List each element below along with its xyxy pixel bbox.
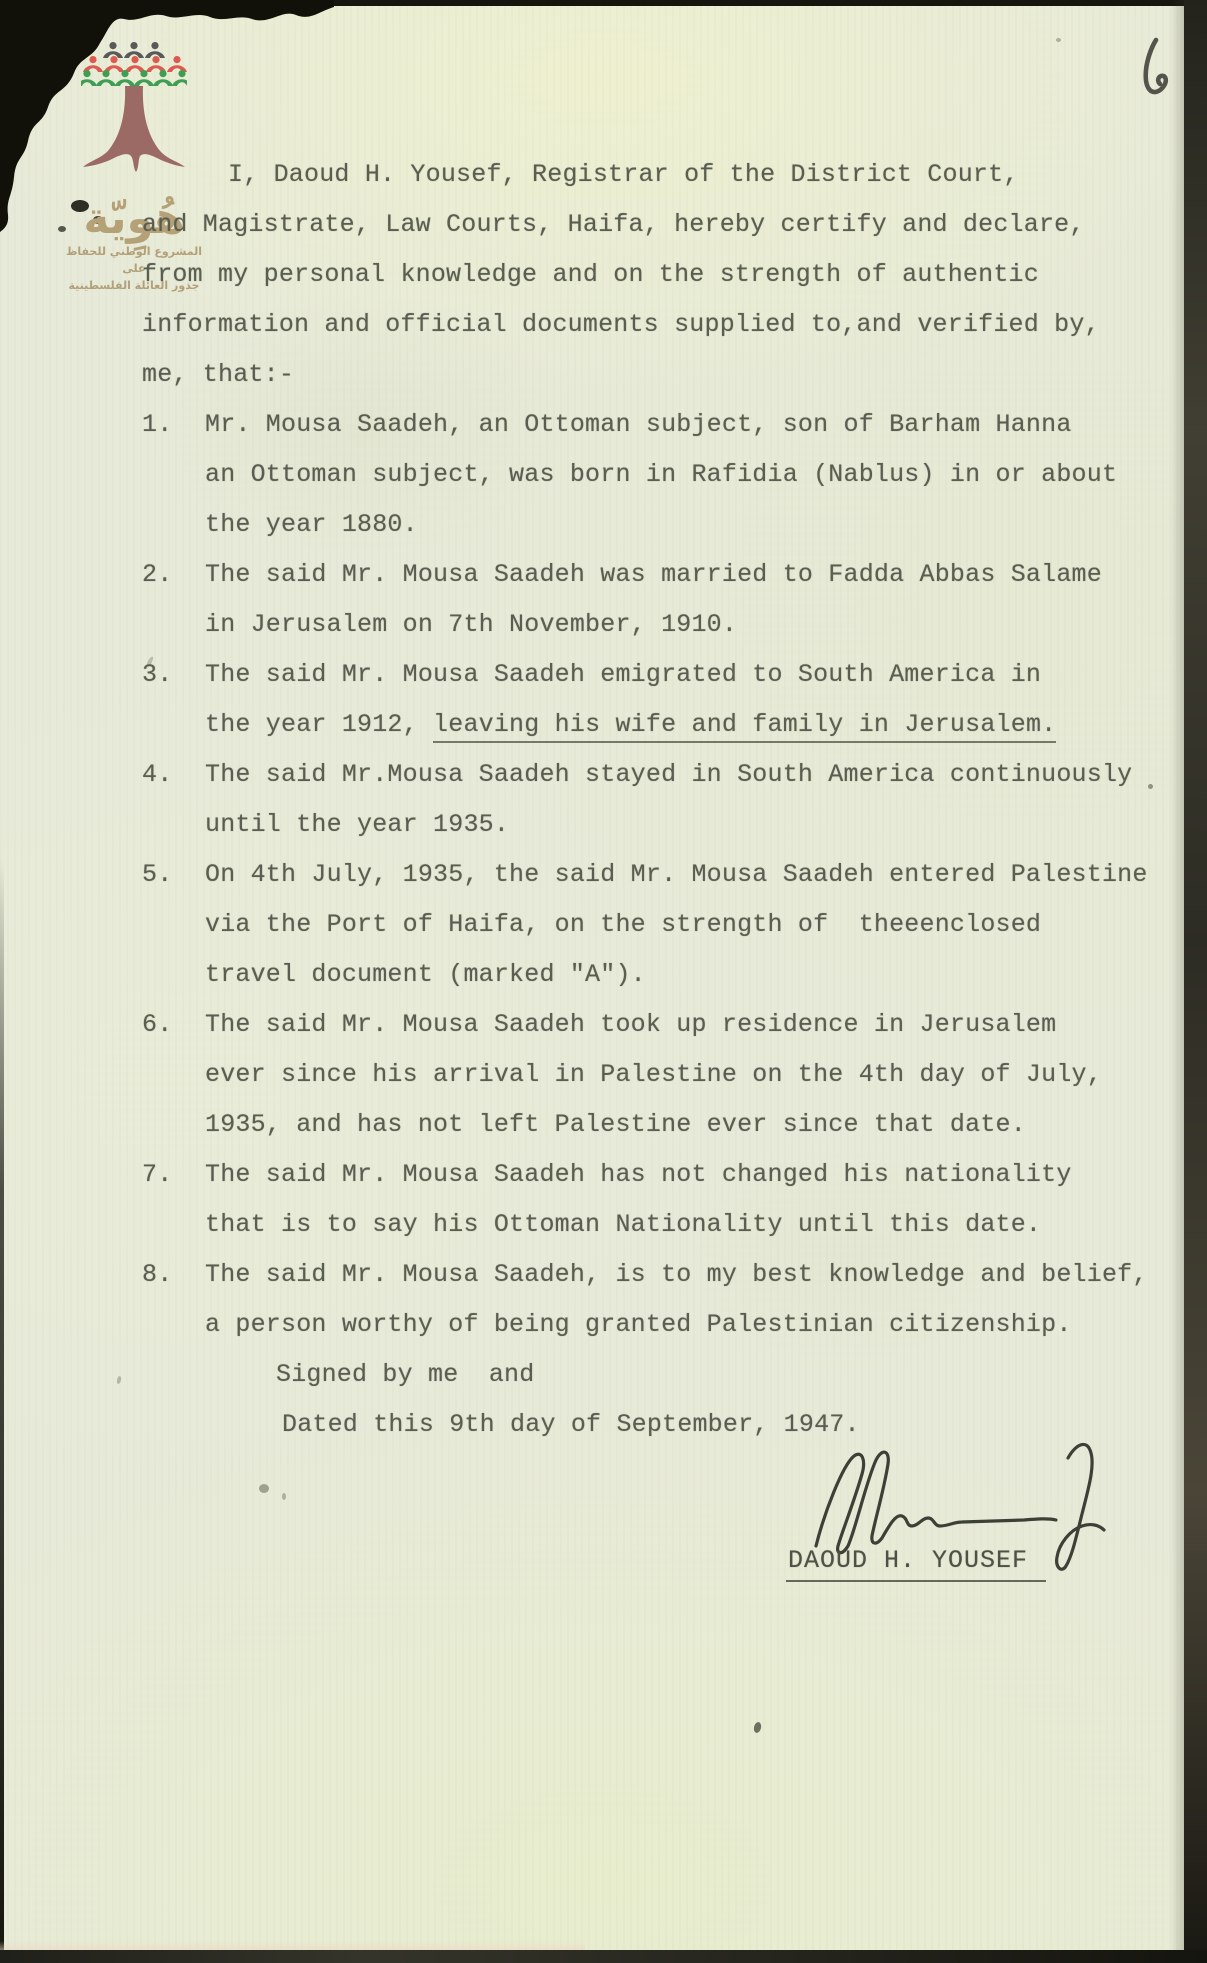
intro-line: from my personal knowledge and on the st… — [142, 250, 1162, 300]
item-line: The said Mr. Mousa Saadeh took up reside… — [205, 1000, 1162, 1050]
item-number: 6. — [142, 1000, 205, 1150]
certificate-item-3: 3. The said Mr. Mousa Saadeh emigrated t… — [142, 650, 1162, 750]
signatory-name: DAOUD H. YOUSEF — [786, 1546, 1046, 1582]
intro-line: me, that:- — [142, 350, 1162, 400]
certificate-item-5: 5. On 4th July, 1935, the said Mr. Mousa… — [142, 850, 1162, 1000]
ink-speck — [753, 1721, 762, 1733]
item-line: The said Mr. Mousa Saadeh was married to… — [205, 550, 1162, 600]
signed-line: Signed by me and — [276, 1350, 1162, 1400]
item-line: 1935, and has not left Palestine ever si… — [205, 1100, 1162, 1150]
ink-speck — [1056, 38, 1061, 42]
item-line: via the Port of Haifa, on the strength o… — [205, 900, 1162, 950]
item-line: an Ottoman subject, was born in Rafidia … — [205, 450, 1162, 500]
certificate-item-4: 4. The said Mr.Mousa Saadeh stayed in So… — [142, 750, 1162, 850]
certificate-item-1: 1. Mr. Mousa Saadeh, an Ottoman subject,… — [142, 400, 1162, 550]
intro-line: and Magistrate, Law Courts, Haifa, hereb… — [142, 200, 1162, 250]
intro-line: information and official documents suppl… — [142, 300, 1162, 350]
intro-line: I, Daoud H. Yousef, Registrar of the Dis… — [142, 150, 1162, 200]
item-number: 5. — [142, 850, 205, 1000]
item-line: a person worthy of being granted Palesti… — [205, 1300, 1162, 1350]
handwritten-page-number — [1130, 36, 1180, 98]
item-line: The said Mr.Mousa Saadeh stayed in South… — [205, 750, 1162, 800]
item-line: travel document (marked "A"). — [205, 950, 1162, 1000]
item-line: the year 1912, leaving his wife and fami… — [205, 700, 1162, 750]
ink-speck — [282, 1493, 286, 1500]
item-line-prefix: the year 1912, — [205, 710, 433, 739]
item-line: until the year 1935. — [205, 800, 1162, 850]
underlined-phrase: leaving his wife and family in Jerusalem… — [433, 710, 1056, 743]
item-number: 7. — [142, 1150, 205, 1250]
item-line: that is to say his Ottoman Nationality u… — [205, 1200, 1162, 1250]
certificate-item-6: 6. The said Mr. Mousa Saadeh took up res… — [142, 1000, 1162, 1150]
item-number: 2. — [142, 550, 205, 650]
scan-edge-right — [1184, 0, 1207, 1963]
certificate-item-7: 7. The said Mr. Mousa Saadeh has not cha… — [142, 1150, 1162, 1250]
item-line: On 4th July, 1935, the said Mr. Mousa Sa… — [205, 850, 1162, 900]
item-line: ever since his arrival in Palestine on t… — [205, 1050, 1162, 1100]
scan-edge-left — [0, 860, 4, 1963]
item-line: Mr. Mousa Saadeh, an Ottoman subject, so… — [205, 400, 1162, 450]
certificate-text: I, Daoud H. Yousef, Registrar of the Dis… — [142, 150, 1162, 1450]
scan-edge-bottom — [0, 1950, 1207, 1963]
item-number: 1. — [142, 400, 205, 550]
item-line: The said Mr. Mousa Saadeh has not change… — [205, 1150, 1162, 1200]
ink-speck — [1148, 784, 1153, 789]
ink-speck — [116, 1376, 122, 1385]
scanned-document-page: هُوِيّة المشروع الوطني للحفاظ على جذور ا… — [0, 0, 1207, 1963]
item-number: 3. — [142, 650, 205, 750]
item-line: in Jerusalem on 7th November, 1910. — [205, 600, 1162, 650]
certificate-item-2: 2. The said Mr. Mousa Saadeh was married… — [142, 550, 1162, 650]
certificate-item-8: 8. The said Mr. Mousa Saadeh, is to my b… — [142, 1250, 1162, 1350]
ink-speck — [259, 1484, 269, 1493]
item-line: The said Mr. Mousa Saadeh emigrated to S… — [205, 650, 1162, 700]
item-number: 4. — [142, 750, 205, 850]
item-number: 8. — [142, 1250, 205, 1350]
item-line: the year 1880. — [205, 500, 1162, 550]
item-line: The said Mr. Mousa Saadeh, is to my best… — [205, 1250, 1162, 1300]
